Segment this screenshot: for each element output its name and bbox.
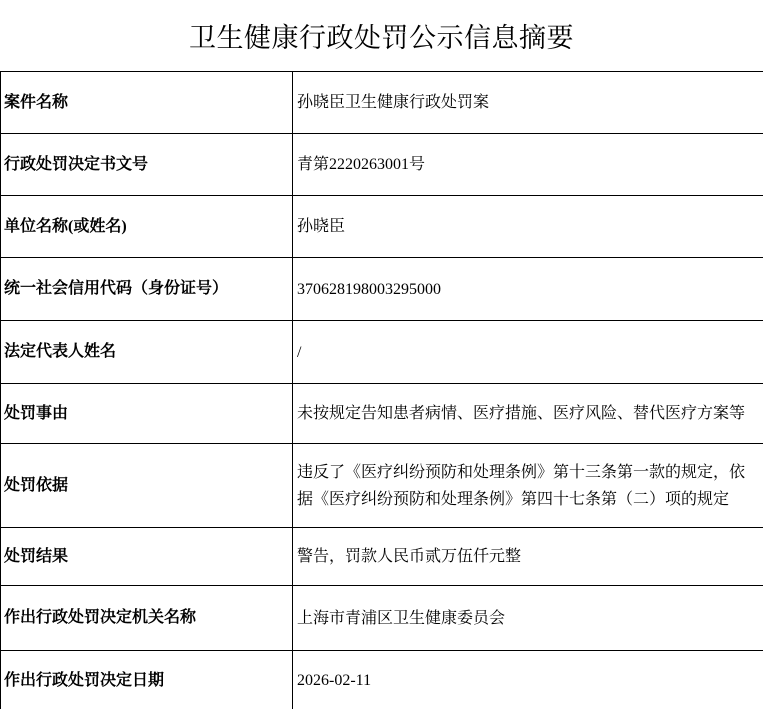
field-value: 孙晓臣 (293, 196, 763, 257)
field-value: 2026-02-11 (293, 651, 763, 709)
field-value: 青第2220263001号 (293, 134, 763, 195)
field-value: 违反了《医疗纠纷预防和处理条例》第十三条第一款的规定，依据《医疗纠纷预防和处理条… (293, 444, 763, 527)
field-value: 警告，罚款人民币贰万伍仟元整 (293, 528, 763, 585)
field-label: 法定代表人姓名 (1, 321, 293, 383)
field-value: 未按规定告知患者病情、医疗措施、医疗风险、替代医疗方案等 (293, 384, 763, 443)
field-label: 统一社会信用代码（身份证号） (1, 258, 293, 320)
row-legal-representative: 法定代表人姓名 / (1, 321, 763, 384)
row-penalty-reason: 处罚事由 未按规定告知患者病情、医疗措施、医疗风险、替代医疗方案等 (1, 384, 763, 444)
title-area: 卫生健康行政处罚公示信息摘要 (0, 0, 763, 71)
field-label: 单位名称(或姓名) (1, 196, 293, 257)
field-value: / (293, 321, 763, 383)
row-decision-date: 作出行政处罚决定日期 2026-02-11 (1, 651, 763, 709)
field-label: 处罚依据 (1, 444, 293, 527)
field-value: 上海市青浦区卫生健康委员会 (293, 586, 763, 650)
field-label: 处罚事由 (1, 384, 293, 443)
field-label: 案件名称 (1, 72, 293, 133)
row-unit-name: 单位名称(或姓名) 孙晓臣 (1, 196, 763, 258)
penalty-disclosure-page: 卫生健康行政处罚公示信息摘要 案件名称 孙晓臣卫生健康行政处罚案 行政处罚决定书… (0, 0, 763, 709)
row-credit-code: 统一社会信用代码（身份证号） 370628198003295000 (1, 258, 763, 321)
field-value: 370628198003295000 (293, 258, 763, 320)
field-label: 行政处罚决定书文号 (1, 134, 293, 195)
field-label: 作出行政处罚决定日期 (1, 651, 293, 709)
penalty-table: 案件名称 孙晓臣卫生健康行政处罚案 行政处罚决定书文号 青第2220263001… (0, 71, 763, 709)
row-decision-authority: 作出行政处罚决定机关名称 上海市青浦区卫生健康委员会 (1, 586, 763, 651)
row-penalty-basis: 处罚依据 违反了《医疗纠纷预防和处理条例》第十三条第一款的规定，依据《医疗纠纷预… (1, 444, 763, 528)
field-label: 作出行政处罚决定机关名称 (1, 586, 293, 650)
page-title: 卫生健康行政处罚公示信息摘要 (189, 16, 574, 55)
field-value: 孙晓臣卫生健康行政处罚案 (293, 72, 763, 133)
row-decision-number: 行政处罚决定书文号 青第2220263001号 (1, 134, 763, 196)
row-penalty-result: 处罚结果 警告，罚款人民币贰万伍仟元整 (1, 528, 763, 586)
row-case-name: 案件名称 孙晓臣卫生健康行政处罚案 (1, 72, 763, 134)
field-label: 处罚结果 (1, 528, 293, 585)
